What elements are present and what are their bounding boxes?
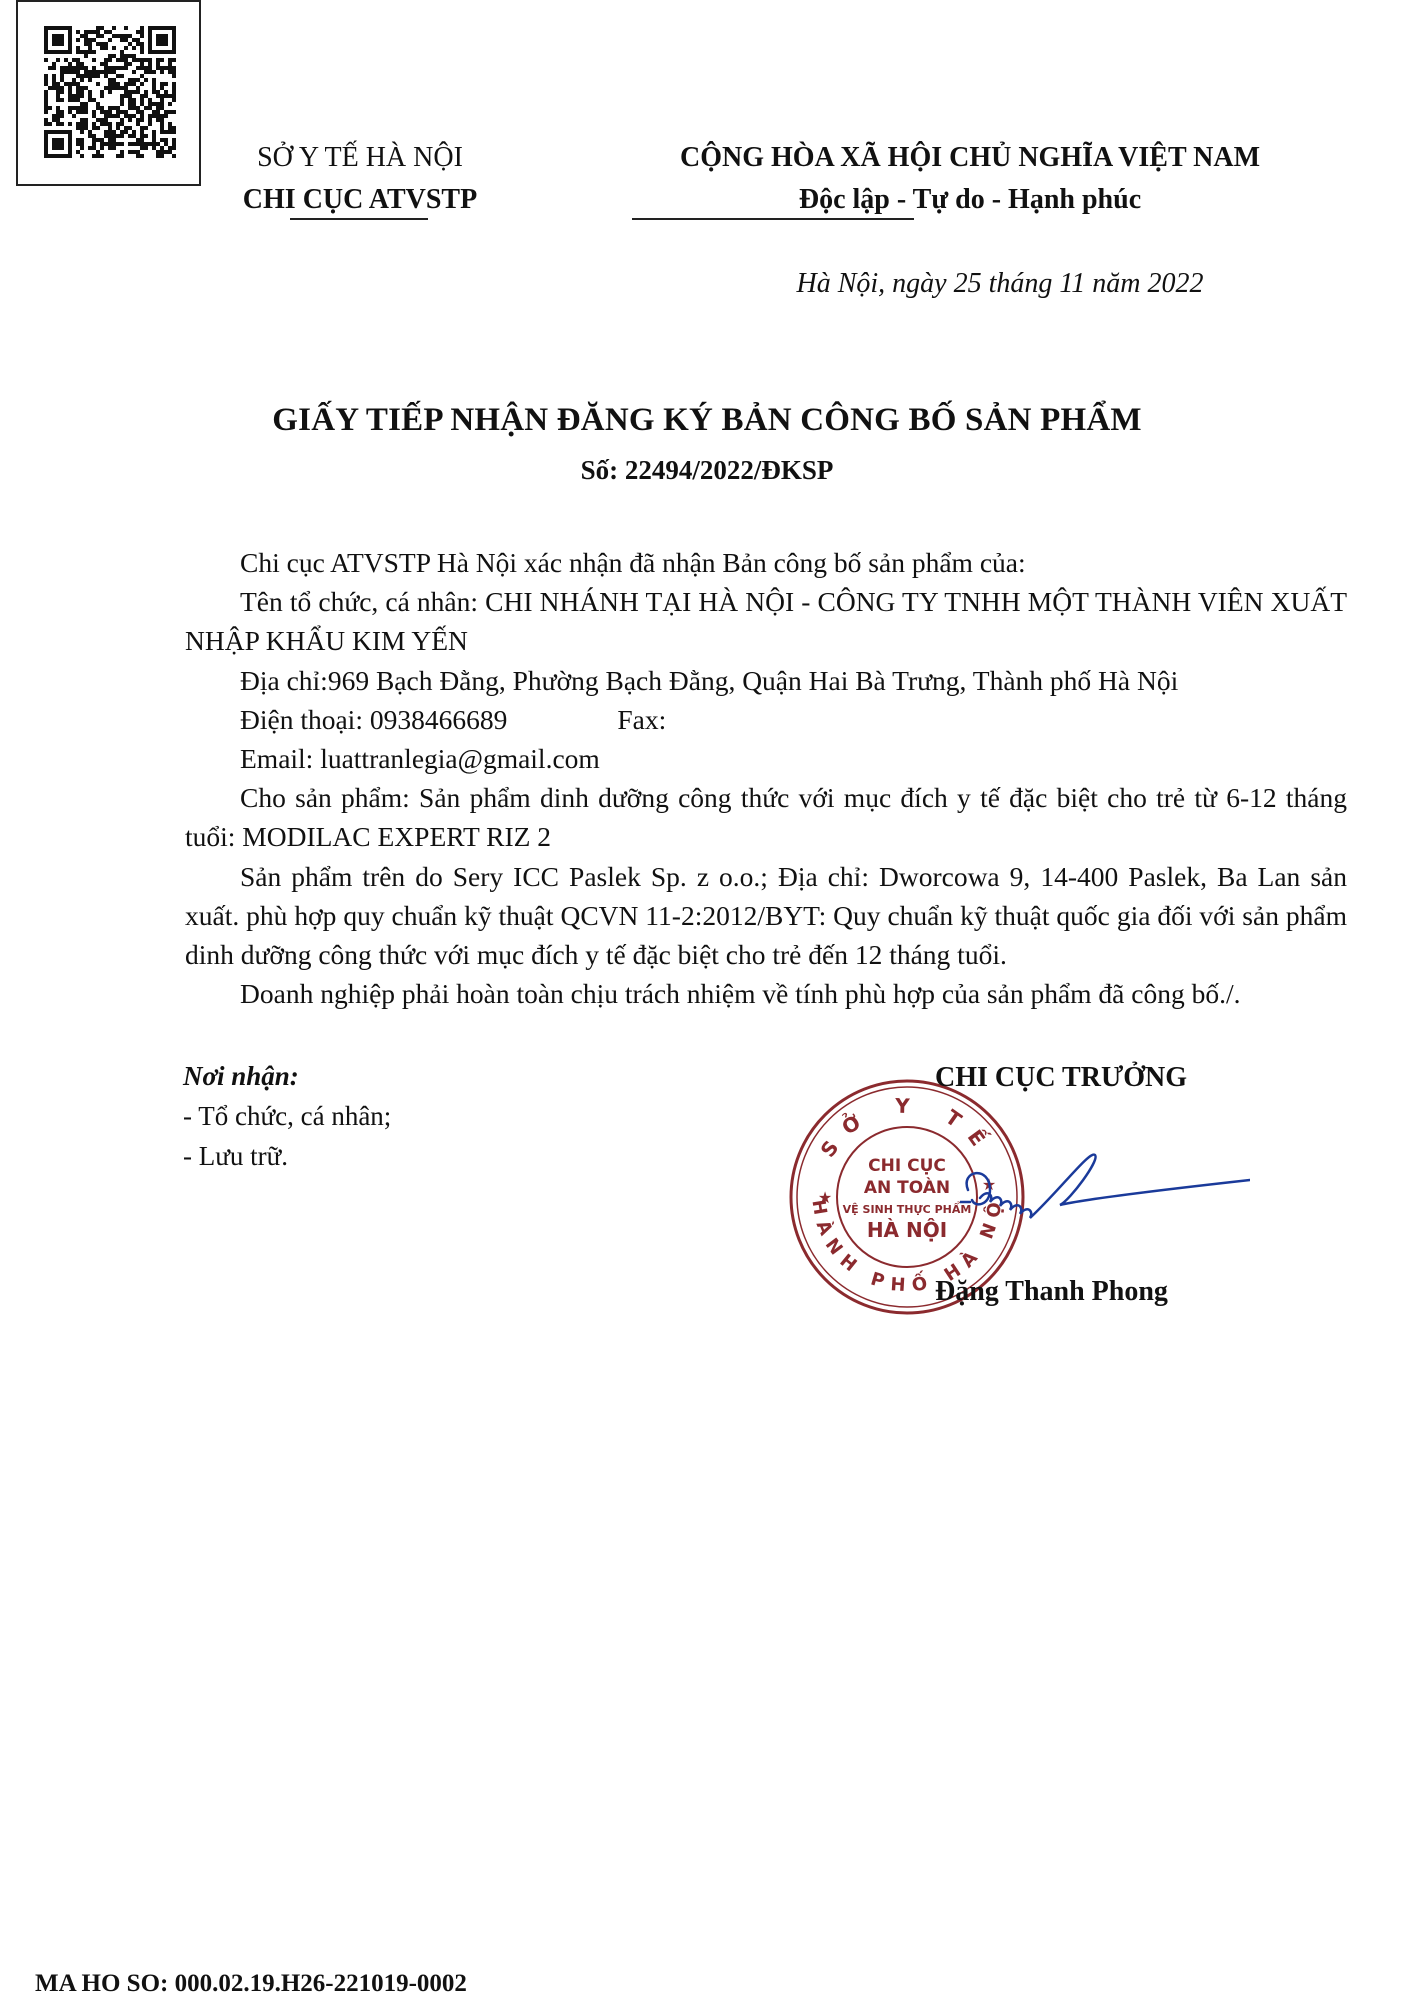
recipient-item: - Tổ chức, cá nhân; <box>183 1096 391 1136</box>
phone-fax-paragraph: Điện thoại: 0938466689Fax: <box>185 700 1347 739</box>
svg-text:HÀ NỘI: HÀ NỘI <box>867 1218 947 1242</box>
date-line: Hà Nội, ngày 25 tháng 11 năm 2022 <box>700 268 1300 300</box>
signer-name: Đặng Thanh Phong <box>935 1276 1168 1308</box>
national-motto: Độc lập - Tự do - Hạnh phúc <box>630 184 1310 216</box>
intro-paragraph: Chi cục ATVSTP Hà Nội xác nhận đã nhận B… <box>185 543 1347 582</box>
svg-text:★: ★ <box>818 1188 832 1207</box>
document-body: Chi cục ATVSTP Hà Nội xác nhận đã nhận B… <box>185 543 1347 1013</box>
signer-title: CHI CỤC TRƯỞNG <box>935 1062 1187 1094</box>
motto-underline <box>632 218 914 220</box>
agency-name: SỞ Y TẾ HÀ NỘI <box>210 142 510 174</box>
product-paragraph: Cho sản phẩm: Sản phẩm dinh dưỡng công t… <box>185 778 1347 856</box>
phone-text: Điện thoại: 0938466689 <box>240 704 507 735</box>
address-paragraph: Địa chỉ:969 Bạch Đằng, Phường Bạch Đằng,… <box>185 661 1347 700</box>
organization-paragraph: Tên tổ chức, cá nhân: CHI NHÁNH TẠI HÀ N… <box>185 582 1347 660</box>
qr-code <box>16 0 201 186</box>
country-name: CỘNG HÒA XÃ HỘI CHỦ NGHĨA VIỆT NAM <box>630 142 1310 174</box>
recipients-label: Nơi nhận: <box>183 1056 391 1096</box>
fax-text: Fax: <box>617 704 666 735</box>
department-underline <box>290 218 428 220</box>
department-name: CHI CỤC ATVSTP <box>210 184 510 216</box>
qr-code-icon <box>44 26 176 158</box>
recipient-item: - Lưu trữ. <box>183 1136 391 1176</box>
responsibility-paragraph: Doanh nghiệp phải hoàn toàn chịu trách n… <box>185 974 1347 1013</box>
dossier-code: MA HO SO: 000.02.19.H26-221019-0002 <box>35 1970 467 1998</box>
svg-text:AN TOÀN: AN TOÀN <box>864 1176 950 1198</box>
email-paragraph: Email: luattranlegia@gmail.com <box>185 739 1347 778</box>
document-title: GIẤY TIẾP NHẬN ĐĂNG KÝ BẢN CÔNG BỐ SẢN P… <box>0 402 1414 439</box>
svg-text:CHI CỤC: CHI CỤC <box>868 1156 946 1176</box>
handwritten-signature-icon <box>960 1150 1250 1230</box>
svg-text:VỆ SINH THỰC PHẨM: VỆ SINH THỰC PHẨM <box>843 1201 972 1216</box>
recipients-block: Nơi nhận: - Tổ chức, cá nhân; - Lưu trữ. <box>183 1056 391 1176</box>
document-number: Số: 22494/2022/ĐKSP <box>0 455 1414 486</box>
manufacturer-paragraph: Sản phẩm trên do Sery ICC Paslek Sp. z o… <box>185 857 1347 975</box>
